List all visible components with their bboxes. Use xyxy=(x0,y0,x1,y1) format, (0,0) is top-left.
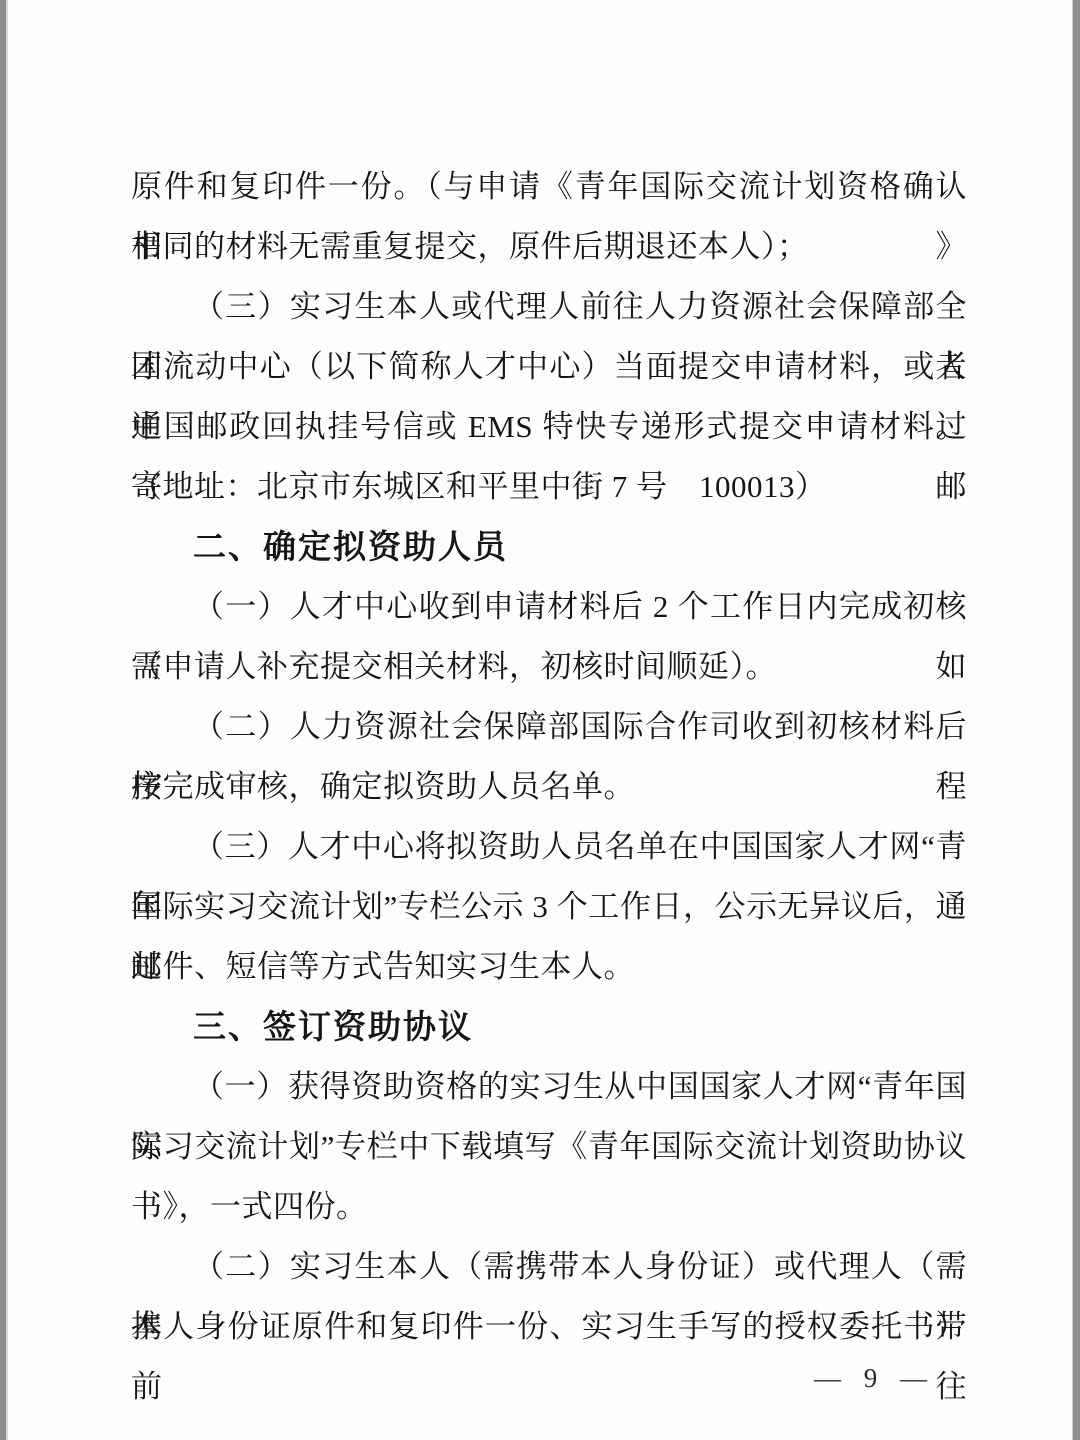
text-line: 二、确定拟资助人员 xyxy=(131,517,967,577)
text-line: 本人身份证原件和复印件一份、实习生手写的授权委托书）前往 xyxy=(131,1297,967,1357)
text-line: （一）人才中心收到申请材料后 2 个工作日内完成初核（如 xyxy=(131,577,967,637)
text-line: （三）人才中心将拟资助人员名单在中国国家人才网“青年 xyxy=(131,817,967,877)
page-number: — 9 — xyxy=(814,1358,928,1398)
text-line: 三、签订资助协议 xyxy=(131,997,967,1057)
document-content: 原件和复印件一份。（与申请《青年国际交流计划资格确认书》相同的材料无需重复提交，… xyxy=(131,157,967,1357)
scan-edge-left xyxy=(0,0,8,1440)
text-line: （二）人力资源社会保障部国际合作司收到初核材料后按程 xyxy=(131,697,967,757)
text-line: 才流动中心（以下简称人才中心）当面提交申请材料，或者通过 xyxy=(131,337,967,397)
text-line: （三）实习生本人或代理人前往人力资源社会保障部全国人 xyxy=(131,277,967,337)
scan-edge-right xyxy=(1072,0,1080,1440)
text-line: 实习交流计划”专栏中下载填写《青年国际交流计划资助协议 xyxy=(131,1117,967,1177)
text-line: 邮件、短信等方式告知实习生本人。 xyxy=(131,937,967,997)
document-page: 原件和复印件一份。（与申请《青年国际交流计划资格确认书》相同的材料无需重复提交，… xyxy=(0,0,1080,1440)
text-line: 中国邮政回执挂号信或 EMS 特快专递形式提交申请材料。（邮 xyxy=(131,397,967,457)
text-line: 原件和复印件一份。（与申请《青年国际交流计划资格确认书》 xyxy=(131,157,967,217)
text-line: （二）实习生本人（需携带本人身份证）或代理人（需携带 xyxy=(131,1237,967,1297)
text-line: 国际实习交流计划”专栏公示 3 个工作日，公示无异议后，通过 xyxy=(131,877,967,937)
text-line: （一）获得资助资格的实习生从中国国家人才网“青年国际 xyxy=(131,1057,967,1117)
text-line: 书》，一式四份。 xyxy=(131,1177,967,1237)
